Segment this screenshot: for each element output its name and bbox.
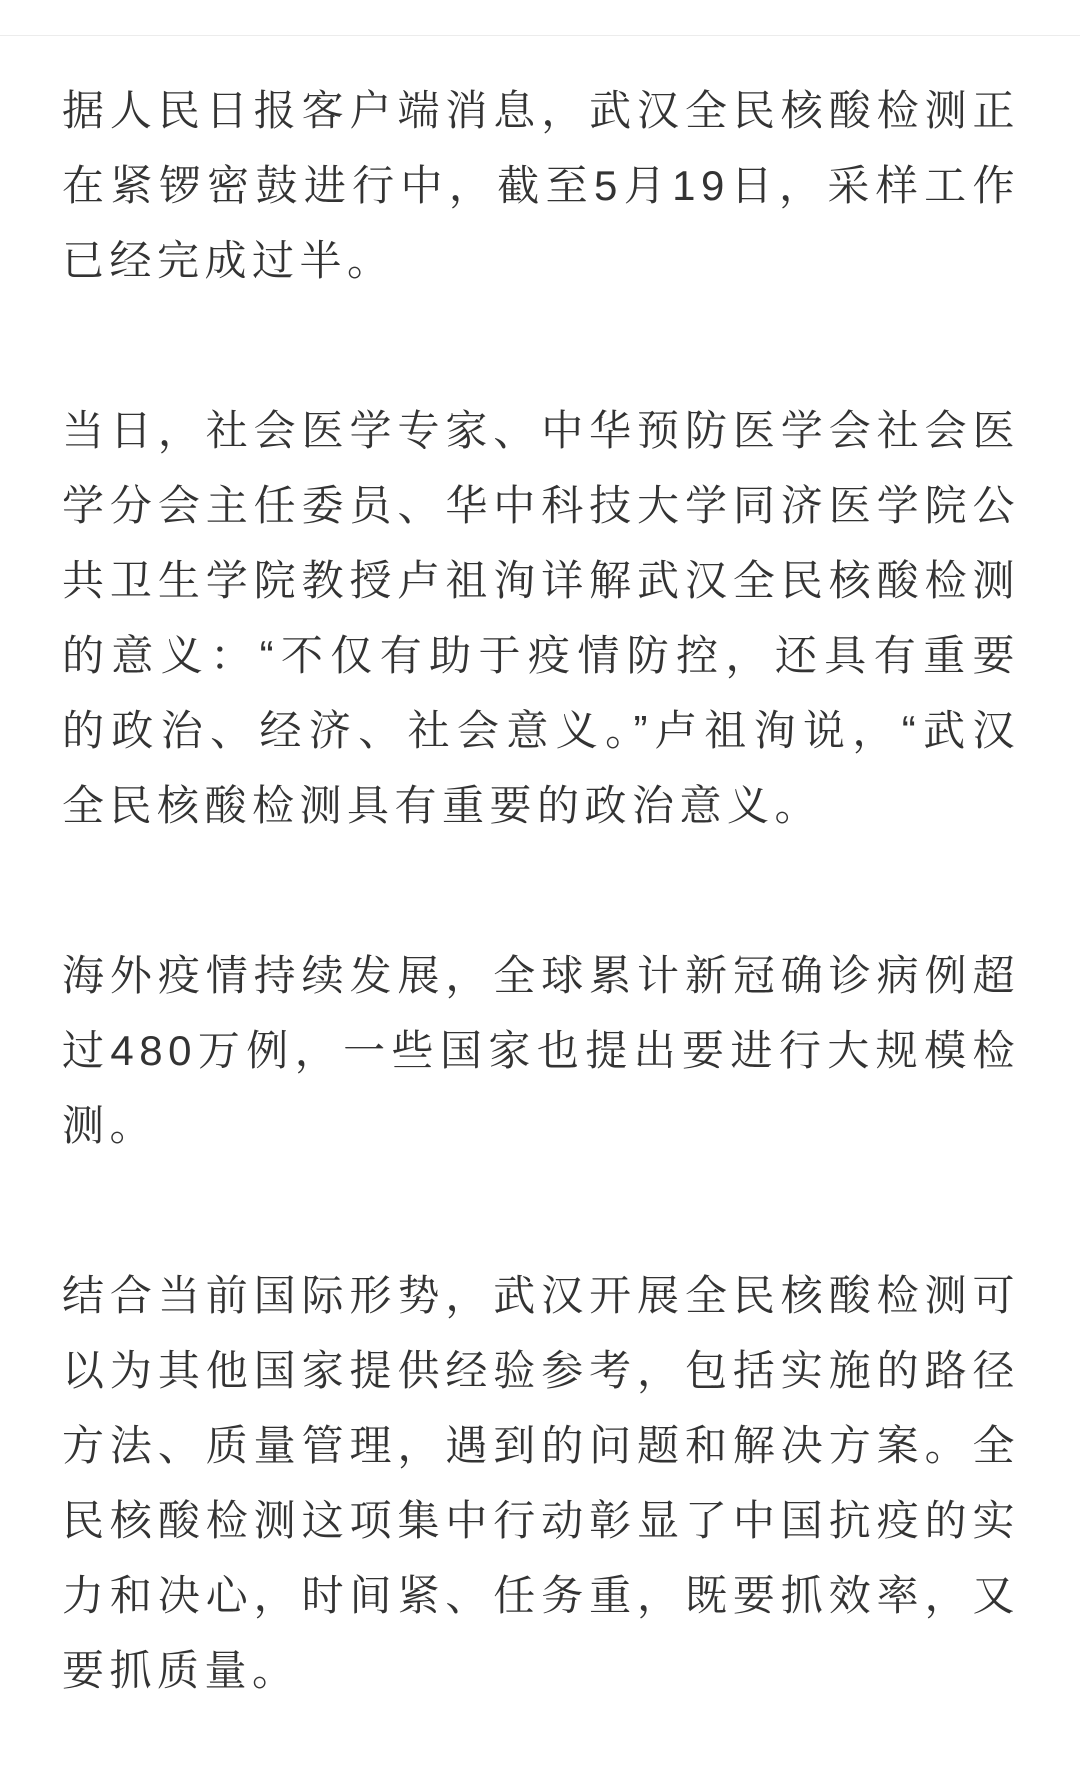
article-paragraph: 海外疫情持续发展，全球累计新冠确诊病例超过480万例，一些国家也提出要进行大规模…	[62, 938, 1020, 1163]
article-paragraph: 据人民日报客户端消息，武汉全民核酸检测正在紧锣密鼓进行中，截至5月19日，采样工…	[62, 73, 1020, 298]
top-divider-strip	[0, 0, 1080, 36]
article-paragraph: 当日，社会医学专家、中华预防医学会社会医学分会主任委员、华中科技大学同济医学院公…	[62, 393, 1020, 843]
article-paragraph: 结合当前国际形势，武汉开展全民核酸检测可以为其他国家提供经验参考，包括实施的路径…	[62, 1258, 1020, 1708]
article-body: 据人民日报客户端消息，武汉全民核酸检测正在紧锣密鼓进行中，截至5月19日，采样工…	[0, 36, 1080, 1708]
